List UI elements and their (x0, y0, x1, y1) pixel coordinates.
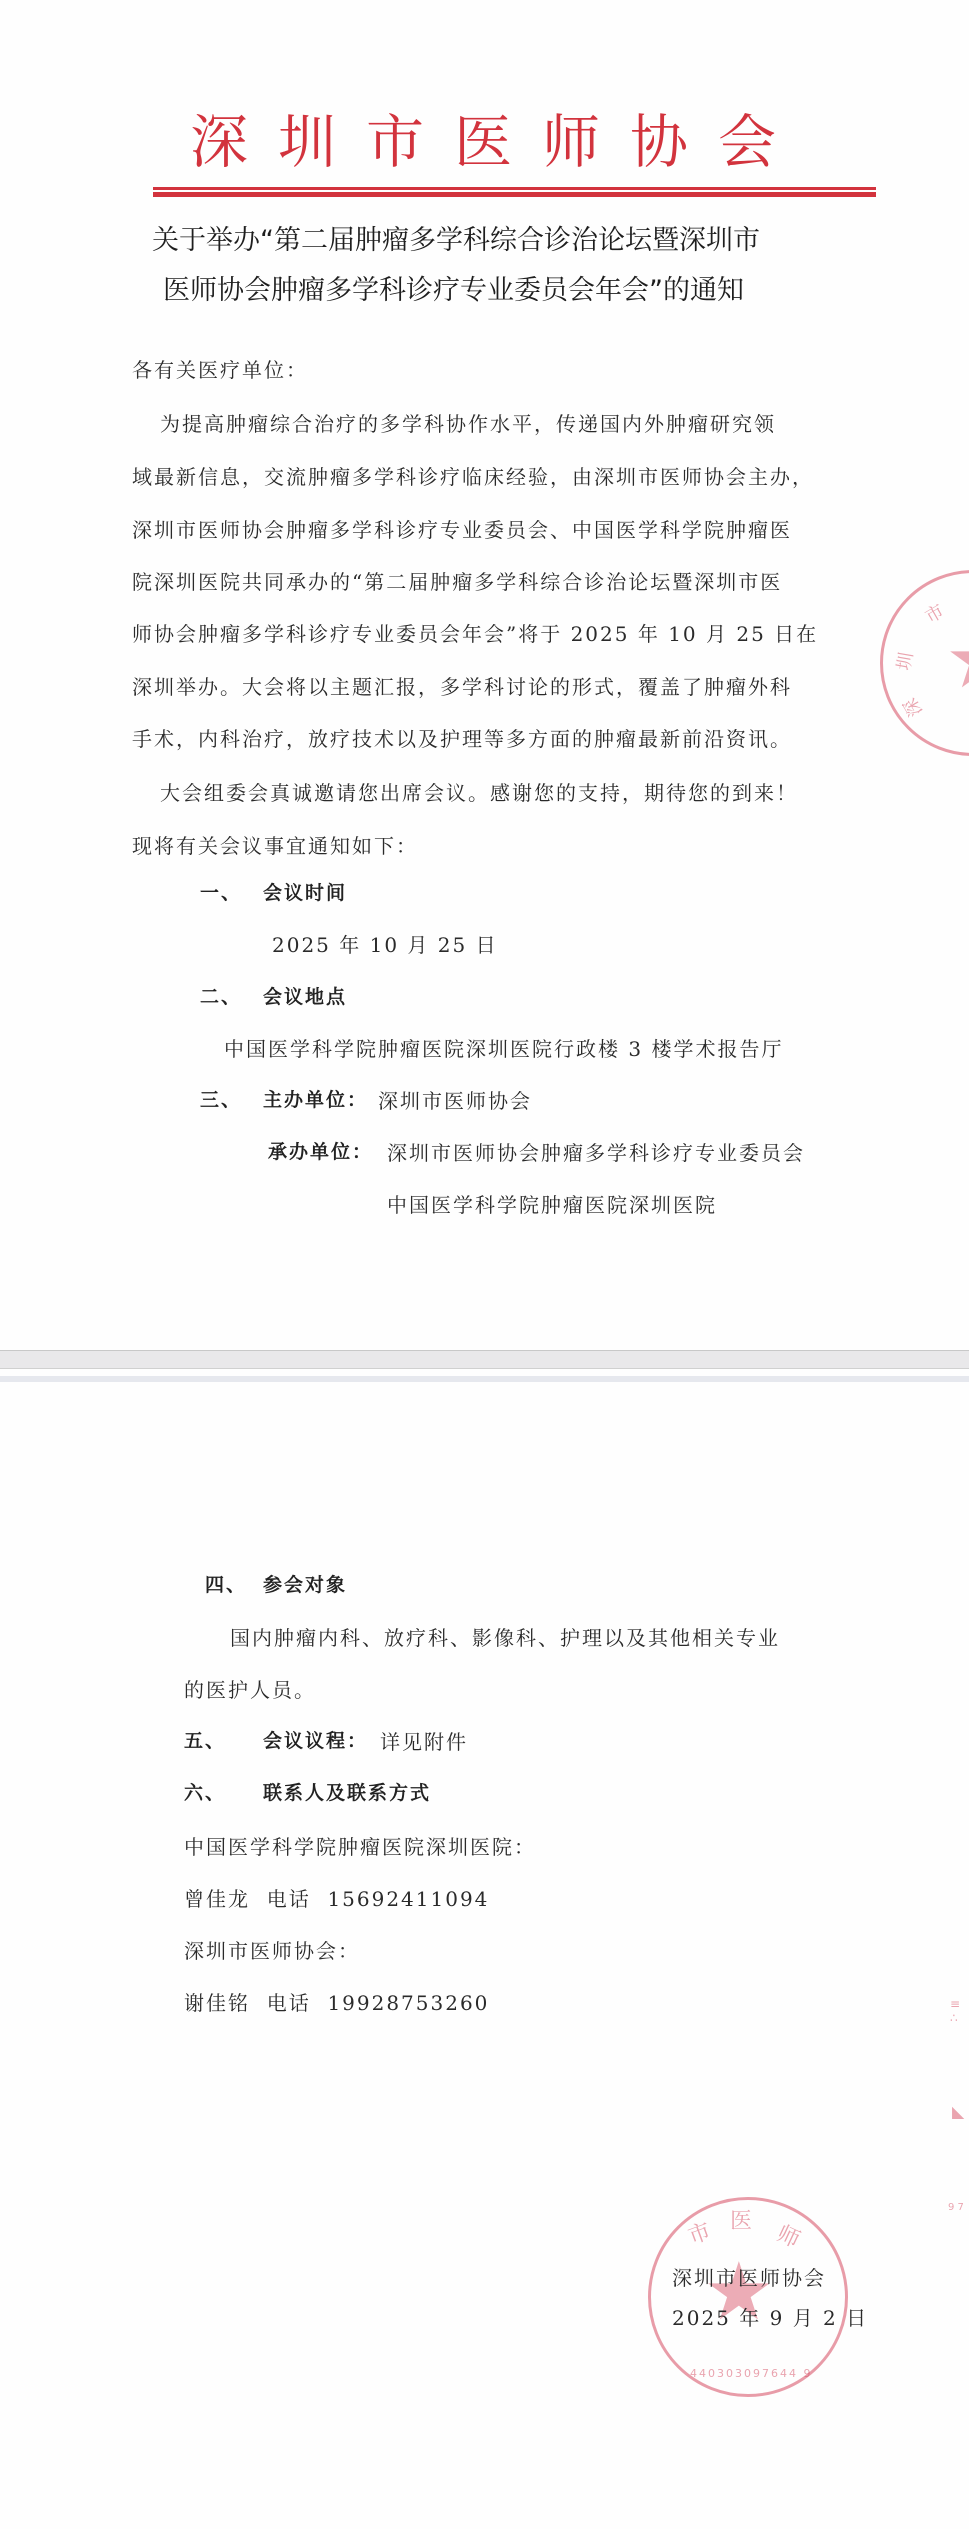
invite-line: 现将有关会议事宜通知如下： (132, 830, 418, 859)
section-4-number: 四、 (205, 1570, 247, 1597)
meeting-venue: 中国医学科学院肿瘤医院深圳医院行政楼 3 楼学术报告厅 (224, 1033, 783, 1062)
host-label: 主办单位： (263, 1085, 368, 1112)
letterhead-title: 深圳市医师协会 (190, 95, 806, 179)
host-organization: 深圳市医师协会 (378, 1085, 532, 1114)
intro-line: 深圳市医师协会肿瘤多学科诊疗专业委员会、中国医学科学院肿瘤医 (132, 514, 792, 543)
invite-line: 大会组委会真诚邀请您出席会议。感谢您的支持，期待您的到来！ (160, 777, 798, 806)
contact-phone: 15692411094 (327, 1887, 489, 1911)
seal-fragment: ≡∴ (950, 1997, 960, 2026)
section-6-heading: 联系人及联系方式 (263, 1778, 431, 1805)
intro-line: 域最新信息，交流肿瘤多学科诊疗临床经验，由深圳市医师协会主办， (132, 461, 814, 490)
attendees-line-1: 国内肿瘤内科、放疗科、影像科、护理以及其他相关专业 (230, 1622, 780, 1651)
seal-star-icon: ★ (945, 620, 969, 700)
signature-organization: 深圳市医师协会 (672, 2262, 826, 2291)
salutation: 各有关医疗单位： (132, 354, 308, 383)
notice-title-line-1: 关于举办“第二届肿瘤多学科综合诊治论坛暨深圳市 (152, 218, 760, 257)
section-3-number: 三、 (200, 1085, 242, 1112)
section-4-heading: 参会对象 (263, 1570, 347, 1597)
agenda-reference: 详见附件 (380, 1726, 468, 1755)
notice-title-line-2: 医师协会肿瘤多学科诊疗专业委员会年会”的通知 (163, 268, 744, 307)
section-2-heading: 会议地点 (263, 982, 347, 1009)
intro-line: 院深圳医院共同承办的“第二届肿瘤多学科综合诊治论坛暨深圳市医 (132, 566, 782, 595)
meeting-date: 2025 年 10 月 25 日 (272, 929, 498, 958)
section-5-number: 五、 (184, 1726, 226, 1753)
letterhead-rule-thin (153, 187, 876, 190)
section-1-number: 一、 (200, 878, 242, 905)
seal-fragment: 9 7 (948, 2202, 964, 2213)
contact-row-2: 谢佳铭 电话 19928753260 (184, 1987, 489, 2016)
contact-phone-label: 电话 (267, 1991, 311, 2015)
intro-line: 为提高肿瘤综合治疗的多学科协作水平，传递国内外肿瘤研究领 (160, 408, 776, 437)
intro-line: 手术，内科治疗，放疗技术以及护理等多方面的肿瘤最新前沿资讯。 (132, 723, 792, 752)
contact-name: 谢佳铭 (184, 1991, 250, 2015)
seal-fragment: ◣ (952, 2102, 964, 2121)
document-page-2: 四、 参会对象 国内肿瘤内科、放疗科、影像科、护理以及其他相关专业 的医护人员。… (0, 1382, 969, 2529)
contact-row-1: 曾佳龙 电话 15692411094 (184, 1883, 489, 1912)
attendees-line-2: 的医护人员。 (184, 1674, 316, 1703)
document-page-1: 深圳市医师协会 关于举办“第二届肿瘤多学科综合诊治论坛暨深圳市 医师协会肿瘤多学… (0, 0, 969, 1350)
co-host-organization-1: 深圳市医师协会肿瘤多学科诊疗专业委员会 (387, 1137, 805, 1166)
page-separator (0, 1350, 969, 1369)
contact-org-2: 深圳市医师协会： (184, 1935, 360, 1964)
section-1-heading: 会议时间 (263, 878, 347, 905)
co-host-organization-2: 中国医学科学院肿瘤医院深圳医院 (387, 1189, 717, 1218)
seal-code: 440303097644 9 (690, 2367, 812, 2380)
contact-name: 曾佳龙 (184, 1887, 250, 1911)
seal-char: 医 (730, 2204, 752, 2235)
section-2-number: 二、 (200, 982, 242, 1009)
contact-phone-label: 电话 (267, 1887, 311, 1911)
section-6-number: 六、 (184, 1778, 226, 1805)
section-5-heading: 会议议程： (263, 1726, 368, 1753)
co-host-label: 承办单位： (268, 1137, 373, 1164)
letterhead-rule-thick (153, 192, 876, 197)
signature-date: 2025 年 9 月 2 日 (672, 2302, 868, 2331)
intro-line: 师协会肿瘤多学科诊疗专业委员会年会”将于 2025 年 10 月 25 日在 (132, 618, 818, 647)
contact-phone: 19928753260 (327, 1991, 489, 2015)
contact-org-1: 中国医学科学院肿瘤医院深圳医院： (184, 1831, 536, 1860)
intro-line: 深圳举办。大会将以主题汇报，多学科讨论的形式，覆盖了肿瘤外科 (132, 671, 792, 700)
